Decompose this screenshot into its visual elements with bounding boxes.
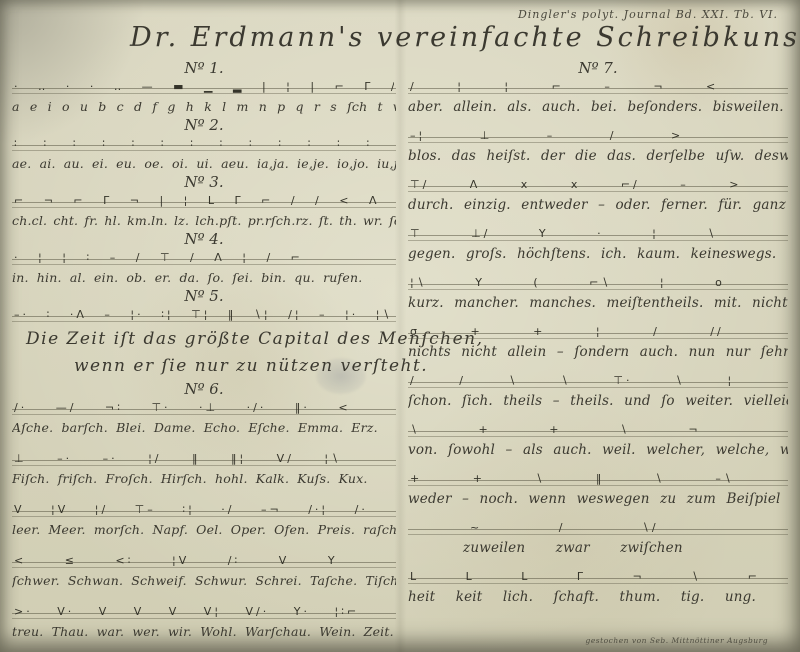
shorthand-stave: ⊤ ⊥∕ Y · ¦ ∖	[408, 225, 788, 245]
word-row: kurz. mancher. manches. meiſtentheils. m…	[408, 294, 788, 312]
shorthand-stave: ∕· —∕ ¬∶ ⊤· ·⊥ ·∕· ‖· <	[12, 399, 396, 419]
shorthand-stave: ¦∖ Y ( ⌐∖ ¦ o	[408, 274, 788, 294]
word-row: blos. das heiſst. der die das. derſelbe …	[408, 147, 788, 165]
shorthand-stave: ⌐ ¬ ⌐ Γ ¬ | ¦ L Γ ⌐ ∕ ∕ < Λ > V < Λ	[12, 192, 396, 212]
example-row: ~ ∕ ∖∕ zuweilen zwar zwiſchen	[408, 519, 788, 557]
example-row: ⊤ ⊥∕ Y · ¦ ∖ gegen. groſs. höchſtens. ic…	[408, 225, 788, 263]
handwriting-line: Die Zeit iſt das größte Capital des Menſ…	[26, 326, 396, 353]
shorthand-stave: ⊥ –· –· ¦∕ ‖ ‖¦ V∕ ¦∖	[12, 450, 396, 470]
word-row: von. ſowohl – als auch. weil. welcher, w…	[408, 441, 788, 459]
example-row: σ + + ¦ ∕ ∕∕ nichts nicht allein – ſonde…	[408, 323, 788, 361]
example-row: ¦∖ Y ( ⌐∖ ¦ o kurz. mancher. manches. me…	[408, 274, 788, 312]
shorthand-stave: ⊤∕ Λ x x ⌐∕ – >	[408, 176, 788, 196]
word-row: heit keit lich. ſchaft. thum. tig. ung.	[408, 588, 788, 606]
example-row: L L L Γ ¬ ∖ ⌐ heit keit lich. ſchaft. th…	[408, 568, 788, 606]
section-label: Nº 6.	[12, 381, 396, 398]
shorthand-symbols: ∕ ¦ ¦ ⌐ – ¬ <	[410, 80, 786, 93]
shorthand-symbols: · ¦ ¦ ∶ – ∕ ⊤ ∕ Λ ¦ ∕ ⌐	[14, 251, 394, 264]
shorthand-stave: ~ ∕ ∖∕	[408, 519, 788, 539]
word-row: weder – noch. wenn weswegen zu zum Beiſp…	[408, 490, 788, 508]
shorthand-stave: –· ∶ ·Λ – ¦· ∶¦ ⊤¦ ‖ ∖¦ ∕¦ – ¦· ¦∖ ∖∖	[12, 306, 396, 326]
shorthand-symbols: ⊤ ⊥∕ Y · ¦ ∖	[410, 227, 786, 240]
shorthand-symbols: >· V· V V V V¦ V∕· Y· ¦∶⌐	[14, 605, 394, 618]
section-label: Nº 7.	[408, 60, 788, 77]
shorthand-symbols: ∕ ∕ ∖ ∖ ⊤· ∖ ¦	[410, 374, 786, 387]
word-row: a e i o u b c d f g h k l m n p q r s ſc…	[12, 98, 396, 116]
shorthand-stave: σ + + ¦ ∕ ∕∕	[408, 323, 788, 343]
shorthand-symbols: –¦ ⊥ – ∕ >	[410, 129, 786, 142]
section-no3: Nº 3. ⌐ ¬ ⌐ Γ ¬ | ¦ L Γ ⌐ ∕ ∕ < Λ > V < …	[12, 174, 396, 230]
shorthand-stave: L L L Γ ¬ ∖ ⌐	[408, 568, 788, 588]
journal-reference: Dingler's polyt. Journal Bd. XXI. Tb. VI…	[518, 8, 778, 21]
word-row: durch. einzig. entweder – oder. ferner. …	[408, 196, 788, 214]
left-column: Nº 1. · ‥ · · ‥ — ▬ ▁ ▂ | ¦ | ⌐ Γ ∕ ∕ ∕ …	[12, 60, 396, 652]
shorthand-symbols: L L L Γ ¬ ∖ ⌐	[410, 570, 786, 583]
shorthand-symbols: ¦∖ Y ( ⌐∖ ¦ o	[410, 276, 786, 289]
shorthand-stave: ∶ ∶ ∶ ∶ ∶ ∶ ∶ ∶ ∶ ∶ ∶ ∶ ∶	[12, 135, 396, 155]
example-row: ∕· —∕ ¬∶ ⊤· ·⊥ ·∕· ‖· < Aſche. barſch. B…	[12, 399, 396, 437]
right-column: Nº 7. ∕ ¦ ¦ ⌐ – ¬ < aber. allein. als. a…	[408, 60, 788, 617]
section-no4: Nº 4. · ¦ ¦ ∶ – ∕ ⊤ ∕ Λ ¦ ∕ ⌐ in. hin. a…	[12, 231, 396, 287]
shorthand-stave: >· V· V V V V¦ V∕· Y· ¦∶⌐	[12, 603, 396, 623]
word-row: Aſche. barſch. Blei. Dame. Echo. Eſche. …	[12, 419, 396, 437]
shorthand-symbols: V ¦V ¦∕ ⊤– ∶¦ ·∕ –¬ ∕·¦ ∕·	[14, 503, 394, 516]
example-row: ⊥ –· –· ¦∕ ‖ ‖¦ V∕ ¦∖ Fiſch. friſch. Fro…	[12, 450, 396, 488]
shorthand-symbols: ⊥ –· –· ¦∕ ‖ ‖¦ V∕ ¦∖	[14, 452, 394, 465]
word-row: Fiſch. friſch. Froſch. Hirſch. hohl. Kal…	[12, 470, 396, 488]
section-no5: Nº 5. –· ∶ ·Λ – ¦· ∶¦ ⊤¦ ‖ ∖¦ ∕¦ – ¦· ¦∖…	[12, 288, 396, 380]
word-row: ch.cl. cht. fr. hl. km.ln. lz. lch.pſt. …	[12, 212, 396, 230]
example-row: ⊤∕ Λ x x ⌐∕ – > durch. einzig. entweder …	[408, 176, 788, 214]
page-title: Dr. Erdmann's vereinfachte Schreibkunst.	[130, 22, 670, 53]
example-row: ∕ ∕ ∖ ∖ ⊤· ∖ ¦ ſchon. ſich. theils – the…	[408, 372, 788, 410]
word-row: gegen. groſs. höchſtens. ich. kaum. kein…	[408, 245, 788, 263]
section-label: Nº 4.	[12, 231, 396, 248]
word-row: ſchwer. Schwan. Schweif. Schwur. Schrei.…	[12, 572, 396, 590]
example-row: >· V· V V V V¦ V∕· Y· ¦∶⌐ treu. Thau. wa…	[12, 603, 396, 641]
shorthand-stave: ∕ ¦ ¦ ⌐ – ¬ <	[408, 78, 788, 98]
shorthand-symbols: ⌐ ¬ ⌐ Γ ¬ | ¦ L Γ ⌐ ∕ ∕ < Λ > V < Λ	[14, 194, 394, 207]
section-label: Nº 1.	[12, 60, 396, 77]
shorthand-stave: –¦ ⊥ – ∕ >	[408, 127, 788, 147]
shorthand-stave: ∕ ∕ ∖ ∖ ⊤· ∖ ¦	[408, 372, 788, 392]
shorthand-stave: ∖ + + ∖ ¬	[408, 421, 788, 441]
shorthand-symbols: ~ ∕ ∖∕	[410, 521, 786, 534]
shorthand-symbols: · ‥ · · ‥ — ▬ ▁ ▂ | ¦ | ⌐ Γ ∕ ∕ ∕ ∕ ∖ ∖ …	[14, 80, 394, 93]
section-no1: Nº 1. · ‥ · · ‥ — ▬ ▁ ▂ | ¦ | ⌐ Γ ∕ ∕ ∕ …	[12, 60, 396, 116]
shorthand-symbols: ⊤∕ Λ x x ⌐∕ – >	[410, 178, 786, 191]
engraved-plate: Dingler's polyt. Journal Bd. XXI. Tb. VI…	[0, 0, 800, 652]
shorthand-symbols: ∕· —∕ ¬∶ ⊤· ·⊥ ·∕· ‖· <	[14, 401, 394, 414]
example-row: + + ∖ ‖ ∖ –∖ weder – noch. wenn weswegen…	[408, 470, 788, 508]
shorthand-symbols: σ + + ¦ ∕ ∕∕	[410, 325, 786, 338]
section-no2: Nº 2. ∶ ∶ ∶ ∶ ∶ ∶ ∶ ∶ ∶ ∶ ∶ ∶ ∶ ae. ai. …	[12, 117, 396, 173]
shorthand-symbols: ∖ + + ∖ ¬	[410, 423, 786, 436]
section-label: Nº 3.	[12, 174, 396, 191]
shorthand-stave: + + ∖ ‖ ∖ –∖	[408, 470, 788, 490]
shorthand-stave: < ≤ <∶ ¦V ∕∶ V Y	[12, 552, 396, 572]
example-row: V ¦V ¦∕ ⊤– ∶¦ ·∕ –¬ ∕·¦ ∕· leer. Meer. m…	[12, 501, 396, 539]
example-row: < ≤ <∶ ¦V ∕∶ V Y ſchwer. Schwan. Schweif…	[12, 552, 396, 590]
word-row: ſchon. ſich. theils – theils. und ſo wei…	[408, 392, 788, 410]
shorthand-stave: V ¦V ¦∕ ⊤– ∶¦ ·∕ –¬ ∕·¦ ∕·	[12, 501, 396, 521]
section-no6: Nº 6. ∕· —∕ ¬∶ ⊤· ·⊥ ·∕· ‖· < Aſche. bar…	[12, 381, 396, 641]
word-row: zuweilen zwar zwiſchen	[408, 539, 788, 557]
word-row: nichts nicht allein – ſondern auch. nun …	[408, 343, 788, 361]
section-label: Nº 5.	[12, 288, 396, 305]
example-row: –¦ ⊥ – ∕ > blos. das heiſst. der die das…	[408, 127, 788, 165]
word-row: aber. allein. als. auch. bei. beſonders.…	[408, 98, 788, 116]
section-label: Nº 2.	[12, 117, 396, 134]
shorthand-symbols: ∶ ∶ ∶ ∶ ∶ ∶ ∶ ∶ ∶ ∶ ∶ ∶ ∶	[14, 137, 394, 150]
example-row: ∕ ¦ ¦ ⌐ – ¬ < aber. allein. als. auch. b…	[408, 78, 788, 116]
word-row: treu. Thau. war. wer. wir. Wohl. Warſcha…	[12, 623, 396, 641]
shorthand-stave: · ‥ · · ‥ — ▬ ▁ ▂ | ¦ | ⌐ Γ ∕ ∕ ∕ ∕ ∖ ∖ …	[12, 78, 396, 98]
word-row: ae. ai. au. ei. eu. oe. oi. ui. aeu. ia,…	[12, 155, 396, 173]
example-row: ∖ + + ∖ ¬ von. ſowohl – als auch. weil. …	[408, 421, 788, 459]
shorthand-symbols: –· ∶ ·Λ – ¦· ∶¦ ⊤¦ ‖ ∖¦ ∕¦ – ¦· ¦∖ ∖∖	[14, 308, 394, 321]
shorthand-symbols: < ≤ <∶ ¦V ∕∶ V Y	[14, 554, 394, 567]
handwriting-line: wenn er ſie nur zu nützen verſteht.	[74, 353, 396, 380]
shorthand-stave: · ¦ ¦ ∶ – ∕ ⊤ ∕ Λ ¦ ∕ ⌐	[12, 249, 396, 269]
shorthand-symbols: + + ∖ ‖ ∖ –∖	[410, 472, 786, 485]
word-row: leer. Meer. morſch. Napf. Oel. Oper. Ofe…	[12, 521, 396, 539]
word-row: in. hin. al. ein. ob. er. da. ſo. ſei. b…	[12, 269, 396, 287]
engraver-credit: gestochen von Seb. Mittnöttiner Augsburg	[586, 636, 768, 645]
